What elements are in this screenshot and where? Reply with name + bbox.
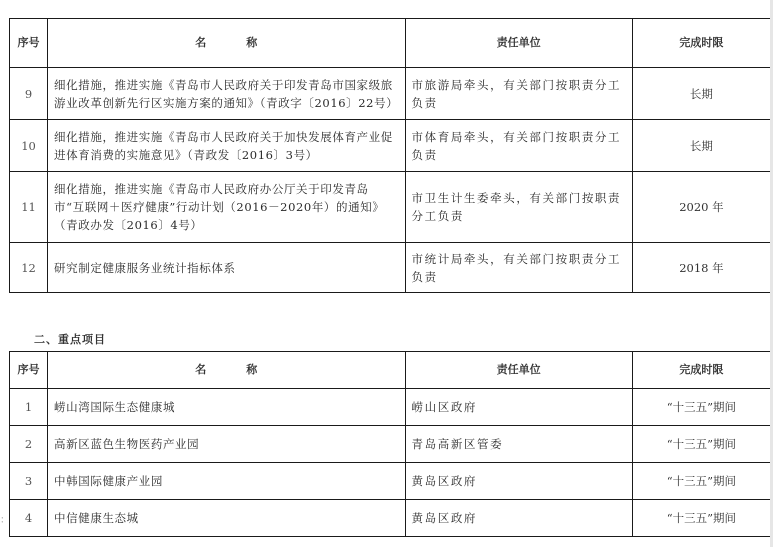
row-name: 高新区蓝色生物医药产业园 <box>48 426 405 463</box>
table-header-row: 序号 名称 责任单位 完成时限 <box>10 19 771 68</box>
row-unit: 市体育局牵头，有关部门按职责分工负责 <box>405 120 632 172</box>
row-name: 细化措施，推进实施《青岛市人民政府关于加快发展体育产业促进体育消费的实施意见》（… <box>48 120 405 172</box>
table-row: 11 细化措施，推进实施《青岛市人民政府办公厅关于印发青岛市“互联网＋医疗健康”… <box>10 172 771 243</box>
row-unit: 崂山区政府 <box>405 389 632 426</box>
key-projects-table: 序号 名称 责任单位 完成时限 1 崂山湾国际生态健康城 崂山区政府 “十三五”… <box>9 351 771 537</box>
row-name: 崂山湾国际生态健康城 <box>48 389 405 426</box>
section-heading-key-projects: 二、重点项目 <box>34 331 106 347</box>
table-row: 4 中信健康生态城 黄岛区政府 “十三五”期间 <box>10 500 771 537</box>
header-unit: 责任单位 <box>405 19 632 68</box>
header-name: 名称 <box>48 352 405 389</box>
header-seq: 序号 <box>10 19 48 68</box>
row-name: 细化措施，推进实施《青岛市人民政府办公厅关于印发青岛市“互联网＋医疗健康”行动计… <box>48 172 405 243</box>
page-edge-mark: ： <box>0 511 10 526</box>
row-seq: 10 <box>10 120 48 172</box>
row-seq: 2 <box>10 426 48 463</box>
row-deadline: “十三五”期间 <box>632 389 770 426</box>
row-unit: 市卫生计生委牵头，有关部门按职责分工负责 <box>405 172 632 243</box>
header-name-label: 名称 <box>155 363 297 376</box>
row-name: 研究制定健康服务业统计指标体系 <box>48 243 405 293</box>
row-unit: 青岛高新区管委 <box>405 426 632 463</box>
header-name-label: 名称 <box>155 36 297 49</box>
row-name: 中信健康生态城 <box>48 500 405 537</box>
measures-table: 序号 名称 责任单位 完成时限 9 细化措施，推进实施《青岛市人民政府关于印发青… <box>9 18 771 293</box>
row-deadline: 2018 年 <box>632 243 770 293</box>
row-unit: 市统计局牵头，有关部门按职责分工负责 <box>405 243 632 293</box>
row-deadline: 长期 <box>632 120 770 172</box>
table-header-row: 序号 名称 责任单位 完成时限 <box>10 352 771 389</box>
header-deadline: 完成时限 <box>632 352 770 389</box>
row-seq: 3 <box>10 463 48 500</box>
row-seq: 12 <box>10 243 48 293</box>
row-deadline: “十三五”期间 <box>632 426 770 463</box>
table-row: 3 中韩国际健康产业园 黄岛区政府 “十三五”期间 <box>10 463 771 500</box>
row-deadline: 长期 <box>632 68 770 120</box>
row-seq: 4 <box>10 500 48 537</box>
row-unit: 黄岛区政府 <box>405 500 632 537</box>
row-deadline: “十三五”期间 <box>632 500 770 537</box>
row-seq: 1 <box>10 389 48 426</box>
header-unit: 责任单位 <box>405 352 632 389</box>
row-deadline: “十三五”期间 <box>632 463 770 500</box>
table-row: 2 高新区蓝色生物医药产业园 青岛高新区管委 “十三五”期间 <box>10 426 771 463</box>
header-deadline: 完成时限 <box>632 19 770 68</box>
row-unit: 黄岛区政府 <box>405 463 632 500</box>
row-deadline: 2020 年 <box>632 172 770 243</box>
row-name: 细化措施，推进实施《青岛市人民政府关于印发青岛市国家级旅游业改革创新先行区实施方… <box>48 68 405 120</box>
table-row: 9 细化措施，推进实施《青岛市人民政府关于印发青岛市国家级旅游业改革创新先行区实… <box>10 68 771 120</box>
table-row: 12 研究制定健康服务业统计指标体系 市统计局牵头，有关部门按职责分工负责 20… <box>10 243 771 293</box>
header-name: 名称 <box>48 19 405 68</box>
row-name: 中韩国际健康产业园 <box>48 463 405 500</box>
table-row: 10 细化措施，推进实施《青岛市人民政府关于加快发展体育产业促进体育消费的实施意… <box>10 120 771 172</box>
table-row: 1 崂山湾国际生态健康城 崂山区政府 “十三五”期间 <box>10 389 771 426</box>
header-seq: 序号 <box>10 352 48 389</box>
row-seq: 9 <box>10 68 48 120</box>
row-unit: 市旅游局牵头，有关部门按职责分工负责 <box>405 68 632 120</box>
row-seq: 11 <box>10 172 48 243</box>
